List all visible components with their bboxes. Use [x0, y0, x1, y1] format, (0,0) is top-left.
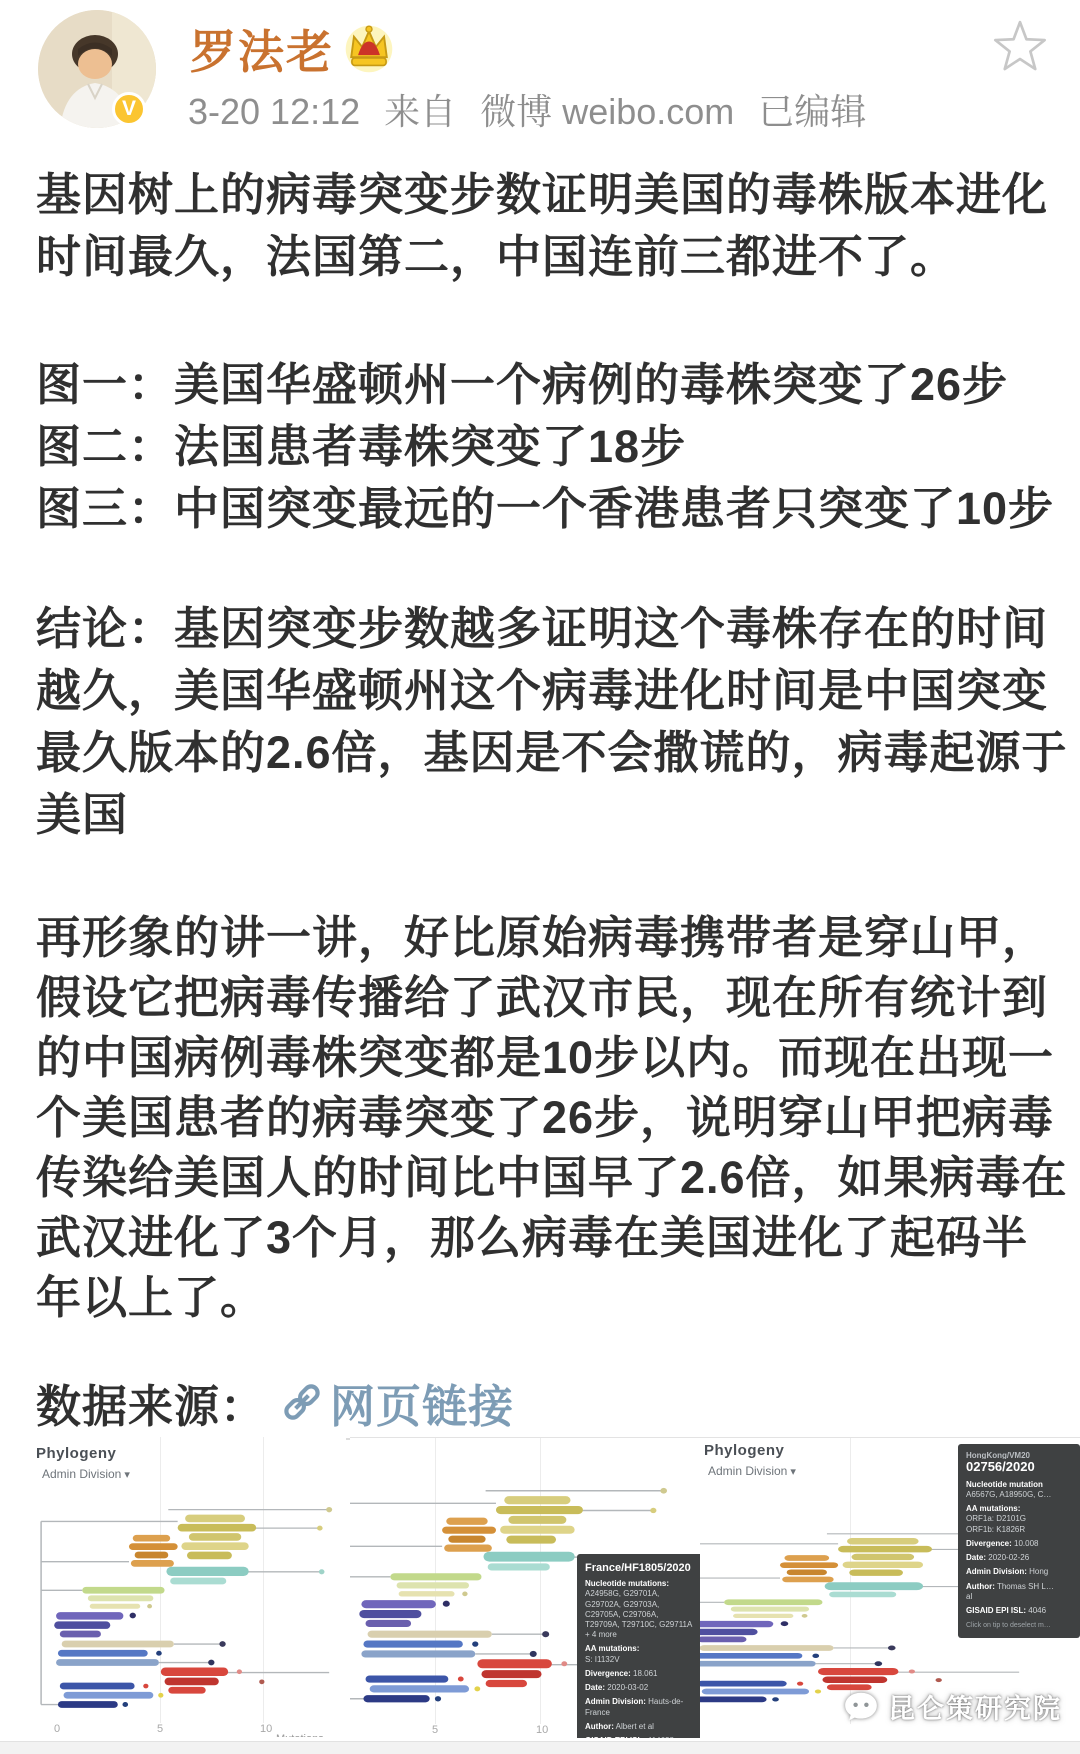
axis-tick: 10 [536, 1724, 548, 1736]
watermark: 昆仑策研究院 [842, 1687, 1062, 1726]
strain-name: France/HF1805/2020 [585, 1561, 701, 1575]
source-app[interactable]: 微博 weibo.com [480, 91, 734, 132]
post-text-line: 时间最久，法国第二，中国连前三都进不了。 [36, 226, 1050, 288]
edited-flag: 已编辑 [758, 91, 866, 132]
figure-caption-2: 图二：法国患者毒株突变了18步 [36, 416, 1050, 478]
post-text-line: 美国 [36, 784, 1050, 846]
phylogeny-title: Phylogeny [36, 1445, 116, 1462]
post-body: 基因树上的病毒突变步数证明美国的毒株版本进化 时间最久，法国第二，中国连前三都进… [36, 148, 1050, 1426]
post-text-line: 基因树上的病毒突变步数证明美国的毒株版本进化 [36, 164, 1050, 226]
axis-tick: 0 [54, 1723, 60, 1735]
post-text-line: 假设它把病毒传播给了武汉市民，现在所有统计到 [36, 968, 1050, 1028]
divergence-value: 10.008 [1014, 1539, 1038, 1548]
phylogeny-image-1[interactable]: Phylogeny Admin Division▾ 0 5 10 Mutatio… [28, 1437, 346, 1737]
strain-tooltip-france: France/HF1805/2020 Nucleotide mutations:… [577, 1554, 702, 1738]
phylogeny-image-2[interactable]: 5 10 France/HF1805/2020 Nucleotide mutat… [350, 1437, 702, 1738]
post-time: 3-20 12:12 [188, 91, 360, 132]
web-link[interactable]: 网页链接 [280, 1370, 514, 1435]
axis-label: Mutations [276, 1733, 324, 1737]
axis-tick: 5 [157, 1723, 163, 1735]
weibo-post: V 罗法老 3-20 12:12 来自 微博 weibo.com 已编辑 [0, 0, 1080, 1754]
data-source-label: 数据来源： [36, 1370, 266, 1435]
link-chain-icon [280, 1380, 324, 1424]
strain-name: 02756/2020 [966, 1459, 1072, 1476]
post-text-line: 再形象的讲一讲，好比原始病毒携带者是穿山甲， [36, 908, 1050, 968]
post-text-line: 最久版本的2.6倍，基因是不会撒谎的，病毒起源于 [36, 722, 1050, 784]
tooltip-hint: Click on tip to deselect m… [966, 1622, 1072, 1631]
web-link-text: 网页链接 [330, 1370, 514, 1435]
strain-tooltip-hongkong: HongKong/VM20 02756/2020 Nucleotide muta… [958, 1444, 1080, 1638]
phylogeny-title: Phylogeny [704, 1442, 784, 1459]
figure-caption-3: 图三：中国突变最远的一个香港患者只突变了10步 [36, 478, 1050, 540]
post-text-line: 的中国病例毒株突变都是10步以内。而现在出现一 [36, 1028, 1050, 1088]
axis-tick: 10 [260, 1723, 272, 1735]
post-text-line: 年以上了。 [36, 1268, 1050, 1328]
author-name[interactable]: 罗法老 [190, 16, 334, 82]
source-prefix: 来自 [384, 91, 456, 132]
watermark-text: 昆仑策研究院 [888, 1687, 1062, 1726]
post-text-line: 传染给美国人的时间比中国早了2.6倍，如果病毒在 [36, 1148, 1050, 1208]
axis-tick: 5 [432, 1724, 438, 1736]
bottom-divider [0, 1741, 1080, 1754]
attached-images: Phylogeny Admin Division▾ 0 5 10 Mutatio… [0, 1437, 1080, 1742]
post-text-line: 武汉进化了3个月，那么病毒在美国进化了起码半 [36, 1208, 1050, 1268]
divergence-value: 18.061 [633, 1669, 657, 1678]
chevron-down-icon: ▾ [790, 1466, 796, 1478]
wechat-bubble-icon [842, 1688, 880, 1726]
vip-crown-icon [344, 23, 394, 75]
post-text-line: 结论：基因突变步数越多证明这个毒株存在的时间 [36, 598, 1050, 660]
post-header: V 罗法老 3-20 12:12 来自 微博 weibo.com 已编辑 [0, 0, 1080, 148]
favorite-star-icon[interactable] [992, 18, 1048, 74]
figure-caption-1: 图一：美国华盛顿州一个病例的毒株突变了26步 [36, 354, 1050, 416]
admin-division-dropdown[interactable]: Admin Division▾ [708, 1464, 796, 1478]
verified-v-badge: V [112, 92, 146, 126]
post-text-line: 越久，美国华盛顿州这个病毒进化时间是中国突变 [36, 660, 1050, 722]
post-meta: 3-20 12:12 来自 微博 weibo.com 已编辑 [188, 84, 880, 135]
phylogenetic-tree [28, 1471, 346, 1723]
post-text-line: 个美国患者的病毒突变了26步，说明穿山甲把病毒 [36, 1088, 1050, 1148]
